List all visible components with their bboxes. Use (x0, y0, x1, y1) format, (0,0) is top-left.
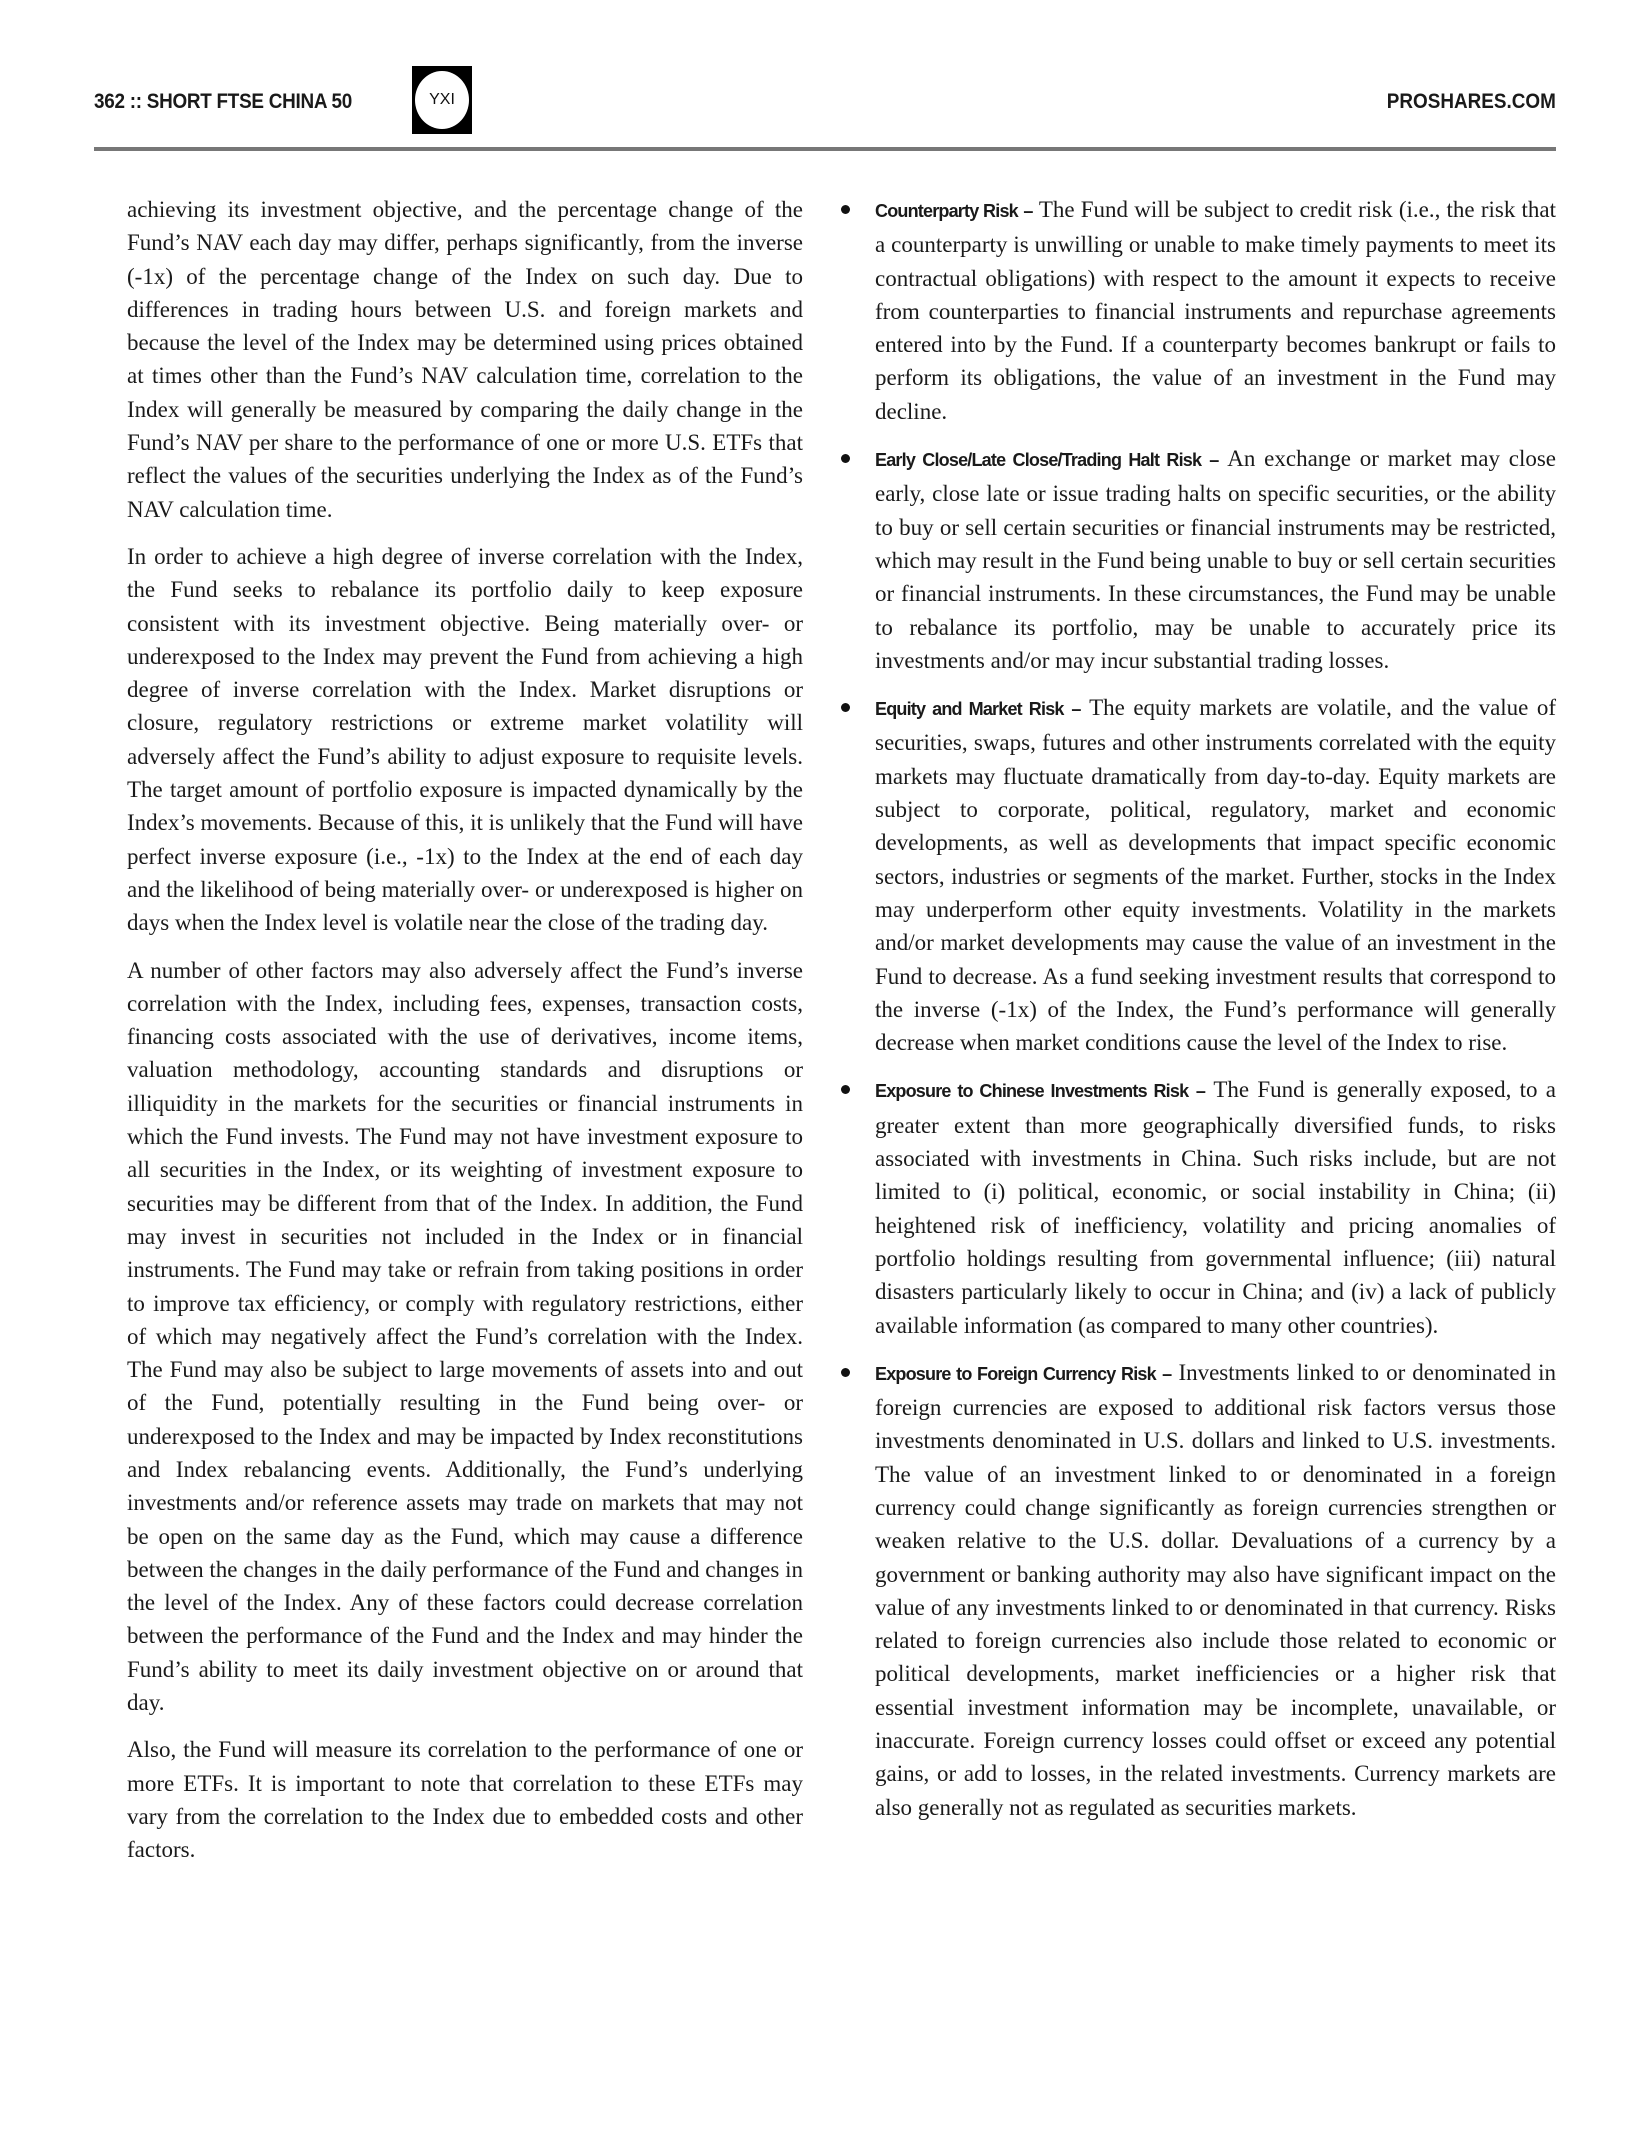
dash-separator: – (1018, 201, 1039, 221)
risk-item-chinese-investments: Exposure to Chinese Investments Risk – T… (875, 1073, 1556, 1341)
page-number-and-fund-title: 362 :: SHORT FTSE CHINA 50 (94, 90, 352, 114)
paragraph: In order to achieve a high degree of inv… (127, 540, 803, 940)
ticker-badge: YXI (412, 66, 472, 134)
risk-description: The Fund will be subject to credit risk … (875, 197, 1556, 424)
bullet-icon (841, 1085, 850, 1094)
risk-description: The equity markets are volatile, and the… (875, 695, 1556, 1055)
bullet-icon (841, 454, 850, 463)
website-label: PROSHARES.COM (1387, 90, 1556, 114)
bullet-icon (841, 205, 850, 214)
bullet-icon (841, 703, 850, 712)
risk-description: The Fund is generally exposed, to a grea… (875, 1077, 1556, 1337)
ticker-badge-circle-icon: YXI (415, 71, 469, 129)
dash-separator: – (1064, 699, 1089, 719)
risk-description: An exchange or market may close early, c… (875, 446, 1556, 673)
paragraph: Also, the Fund will measure its correlat… (127, 1733, 803, 1866)
page-header: 362 :: SHORT FTSE CHINA 50 YXI PROSHARES… (0, 0, 1650, 152)
dash-separator: – (1156, 1364, 1179, 1384)
risk-item-counterparty: Counterparty Risk – The Fund will be sub… (875, 193, 1556, 428)
risk-description: Investments linked to or denominated in … (875, 1360, 1556, 1820)
header-divider (94, 147, 1556, 151)
risk-title: Exposure to Foreign Currency Risk (875, 1364, 1156, 1384)
bullet-icon (841, 1368, 850, 1377)
risk-title: Counterparty Risk (875, 201, 1018, 221)
ticker-symbol: YXI (429, 91, 455, 109)
risk-item-equity-market: Equity and Market Risk – The equity mark… (875, 691, 1556, 1059)
dash-separator: – (1188, 1081, 1213, 1101)
risk-title: Equity and Market Risk (875, 699, 1064, 719)
risk-title: Early Close/Late Close/Trading Halt Risk (875, 450, 1201, 470)
risk-item-early-close: Early Close/Late Close/Trading Halt Risk… (875, 442, 1556, 677)
paragraph: A number of other factors may also adver… (127, 954, 803, 1720)
dash-separator: – (1201, 450, 1227, 470)
risk-title: Exposure to Chinese Investments Risk (875, 1081, 1188, 1101)
paragraph: achieving its investment objective, and … (127, 193, 803, 526)
left-column: achieving its investment objective, and … (127, 193, 803, 1881)
risk-item-foreign-currency: Exposure to Foreign Currency Risk – Inve… (875, 1356, 1556, 1824)
right-column-risk-list: Counterparty Risk – The Fund will be sub… (875, 193, 1556, 1838)
